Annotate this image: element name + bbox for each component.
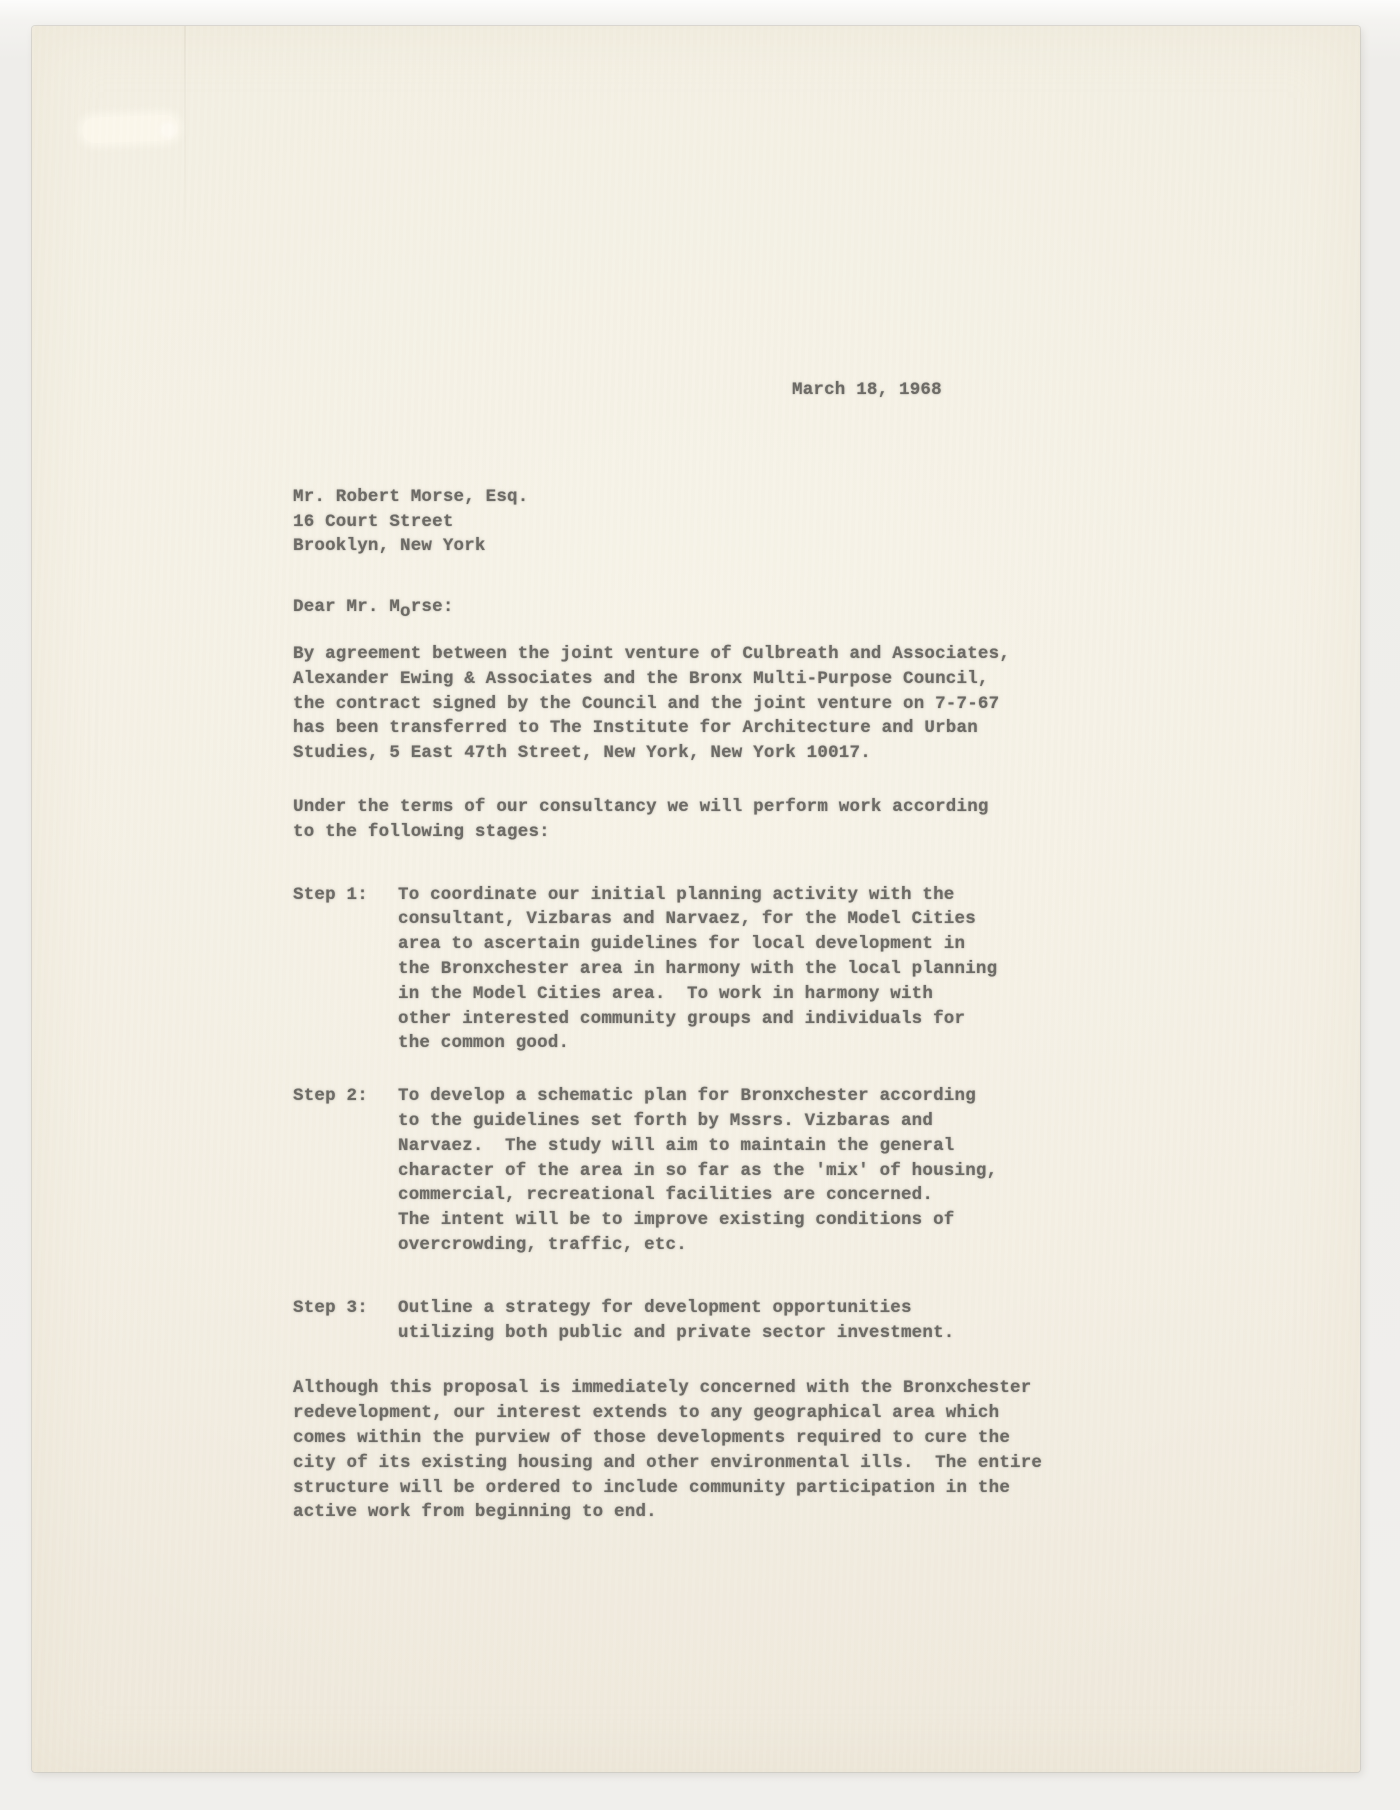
paragraph-terms: Under the terms of our consultancy we wi… [293,795,1113,845]
tape-dot [162,124,174,136]
letter-body: March 18, 1968 Mr. Robert Morse, Esq. 16… [293,26,1113,1525]
salutation-prefix: Dear Mr. M [293,597,400,617]
date-line: March 18, 1968 [293,378,1113,403]
step-label: Step 2: [293,1084,398,1258]
step-text: To coordinate our initial planning activ… [398,883,1113,1057]
paragraph-agreement: By agreement between the joint venture o… [293,642,1113,766]
step-label: Step 3: [293,1296,398,1346]
recipient-name: Mr. Robert Morse, Esq. [293,485,1113,510]
recipient-street: 16 Court Street [293,510,1113,535]
recipient-city: Brooklyn, New York [293,534,1113,559]
letter-page: March 18, 1968 Mr. Robert Morse, Esq. 16… [32,26,1360,1772]
step-label: Step 1: [293,883,398,1057]
salutation-suffix: rse: [411,597,454,617]
step-row-1: Step 1: To coordinate our initial planni… [293,883,1113,1057]
step-row-2: Step 2: To develop a schematic plan for … [293,1084,1113,1258]
paragraph-closing: Although this proposal is immediately co… [293,1376,1113,1525]
step-text: To develop a schematic plan for Bronxche… [398,1084,1113,1258]
salutation-lowered-char: o [400,602,411,622]
scan-background: { "document": { "kind": "typewritten-let… [0,0,1400,1810]
step-text: Outline a strategy for development oppor… [398,1296,1113,1346]
salutation-line: Dear Mr. Morse: [293,595,1113,620]
recipient-address: Mr. Robert Morse, Esq. 16 Court Street B… [293,485,1113,559]
step-row-3: Step 3: Outline a strategy for developme… [293,1296,1113,1346]
fold-crease [184,26,186,256]
